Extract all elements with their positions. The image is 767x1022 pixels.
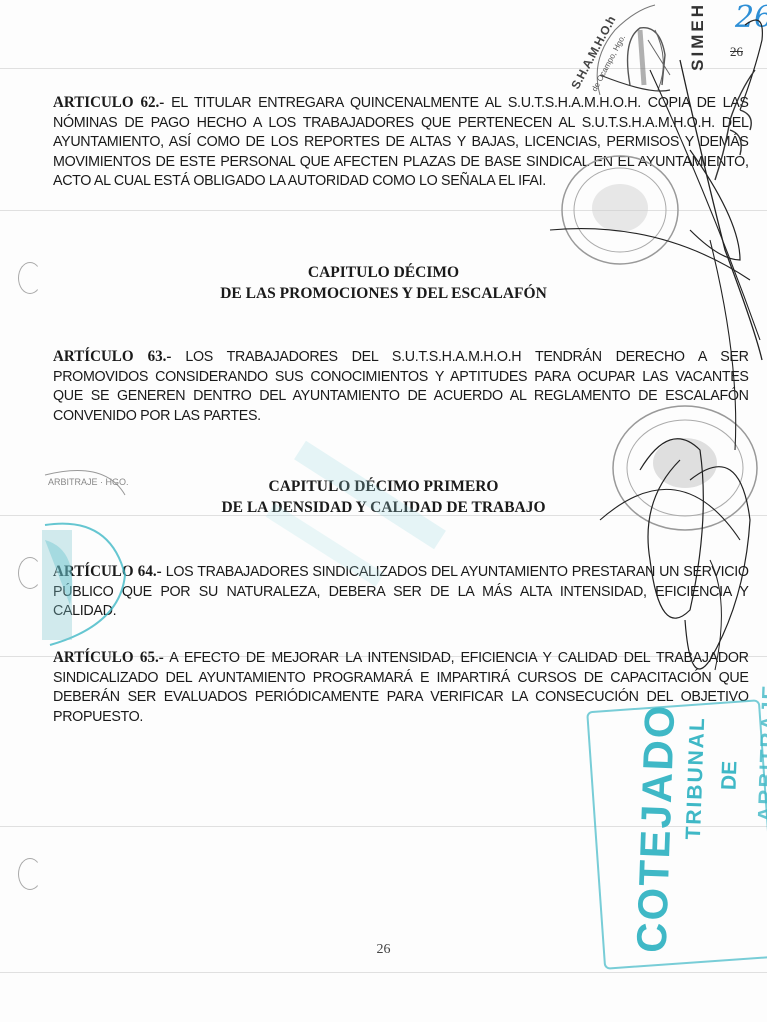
article-label: ARTÍCULO 65.- xyxy=(53,649,164,666)
article-62: ARTICULO 62.- EL TITULAR ENTREGARA QUINC… xyxy=(53,93,749,191)
scan-line xyxy=(0,68,767,69)
article-65: ARTÍCULO 65.- A EFECTO DE MEJORAR LA INT… xyxy=(53,648,749,726)
binder-hole xyxy=(18,557,42,589)
cotejado-stamp: COTEJADO TRIBUNAL DE ARBITRAJE xyxy=(586,699,767,970)
article-63: ARTÍCULO 63.- LOS TRABAJADORES DEL S.U.T… xyxy=(53,347,749,425)
article-64: ARTÍCULO 64.- LOS TRABAJADORES SINDICALI… xyxy=(53,562,749,621)
handwritten-page-number: 26 xyxy=(735,0,767,35)
article-label: ARTÍCULO 64.- xyxy=(53,563,162,580)
binder-hole xyxy=(18,858,42,890)
chapter-subtitle: DE LAS PROMOCIONES Y DEL ESCALAFÓN xyxy=(0,283,767,304)
vertical-seal-text: SIMEH xyxy=(688,2,718,71)
chapter-title: CAPITULO DÉCIMO xyxy=(0,262,767,283)
article-label: ARTICULO 62.- xyxy=(53,94,164,111)
svg-text:S.H.A.M.H.O.h: S.H.A.M.H.O.h xyxy=(568,14,618,92)
article-label: ARTÍCULO 63.- xyxy=(53,348,171,365)
scan-line xyxy=(0,210,767,211)
printed-corner-page-number: 26 xyxy=(730,44,743,60)
svg-text:de Ocampo, Hgo.: de Ocampo, Hgo. xyxy=(590,33,627,93)
scan-line xyxy=(0,826,767,827)
scan-line xyxy=(0,972,767,973)
document-page: ARTICULO 62.- EL TITULAR ENTREGARA QUINC… xyxy=(0,0,767,1022)
chapter-subtitle: DE LA DENSIDAD Y CALIDAD DE TRABAJO xyxy=(0,497,767,518)
page-number: 26 xyxy=(0,942,767,958)
chapter-title: CAPITULO DÉCIMO PRIMERO xyxy=(0,476,767,497)
